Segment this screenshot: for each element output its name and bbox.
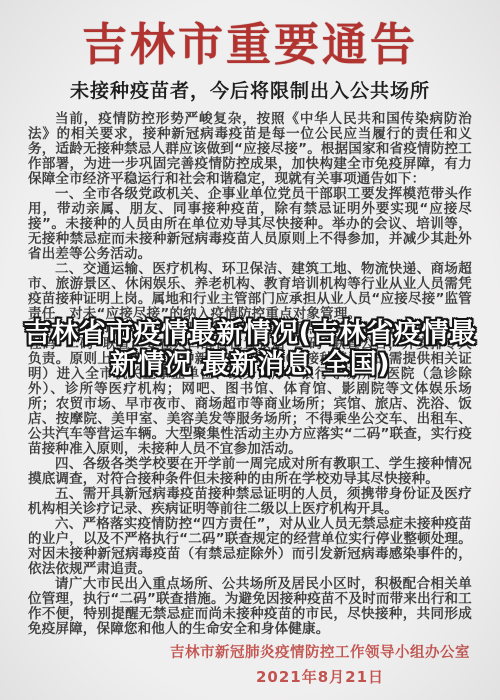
signature-date: 2021年8月21日 xyxy=(170,666,470,687)
notice-paragraph-item-2: 二、交通运输、医疗机构、环卫保洁、建筑工地、物流快递、商场超市、旅游景区、休闲娱… xyxy=(28,262,472,322)
watermark-line-2: 新情况 最新消息 全国) xyxy=(8,349,492,380)
notice-paragraph-item-1: 一、全市各级党政机关、企事业单位党员干部职工要发挥模范带头作用，带动亲属、朋友、… xyxy=(28,187,472,262)
watermark-line-1: 吉林省市疫情最新情况(吉林省疫情最 xyxy=(8,318,492,349)
signature-office: 吉林市新冠肺炎疫情防控工作领导小组办公室 xyxy=(170,641,470,662)
notice-paragraph-intro: 当前，疫情防控形势严峻复杂，按照《中华人民共和国传染病防治法》的相关要求，接种新… xyxy=(28,112,472,187)
notice-subtitle: 未接种疫苗者，今后将限制出入公共场所 xyxy=(0,76,500,103)
notice-title: 吉林市重要通告 xyxy=(0,20,500,70)
notice-paragraph-closing: 请广大市民出入重点场所、公共场所及居民小区时，积极配合相关单位管理，执行“二码”… xyxy=(28,577,472,637)
overlay-watermark-text: 吉林省市疫情最新情况(吉林省疫情最 新情况 最新消息 全国) xyxy=(8,318,492,380)
notice-photo: 吉林市重要通告 未接种疫苗者，今后将限制出入公共场所 当前，疫情防控形势严峻复杂… xyxy=(0,0,500,700)
notice-paragraph-item-6: 六、严格落实疫情防控“四方责任”，对从业人员无禁忌症未接种疫苗的业户，以及不严格… xyxy=(28,517,472,577)
signature-block: 吉林市新冠肺炎疫情防控工作领导小组办公室 2021年8月21日 xyxy=(170,641,470,687)
notice-paragraph-item-5: 五、需开具新冠病毒疫苗接种禁忌证明的人员，须携带身份证及医疗机构相关诊疗记录、疾… xyxy=(28,487,472,517)
notice-paragraph-item-4: 四、各级各类学校要在开学前一周完成对所有教职工、学生接种情况摸底调查，对符合接种… xyxy=(28,457,472,487)
